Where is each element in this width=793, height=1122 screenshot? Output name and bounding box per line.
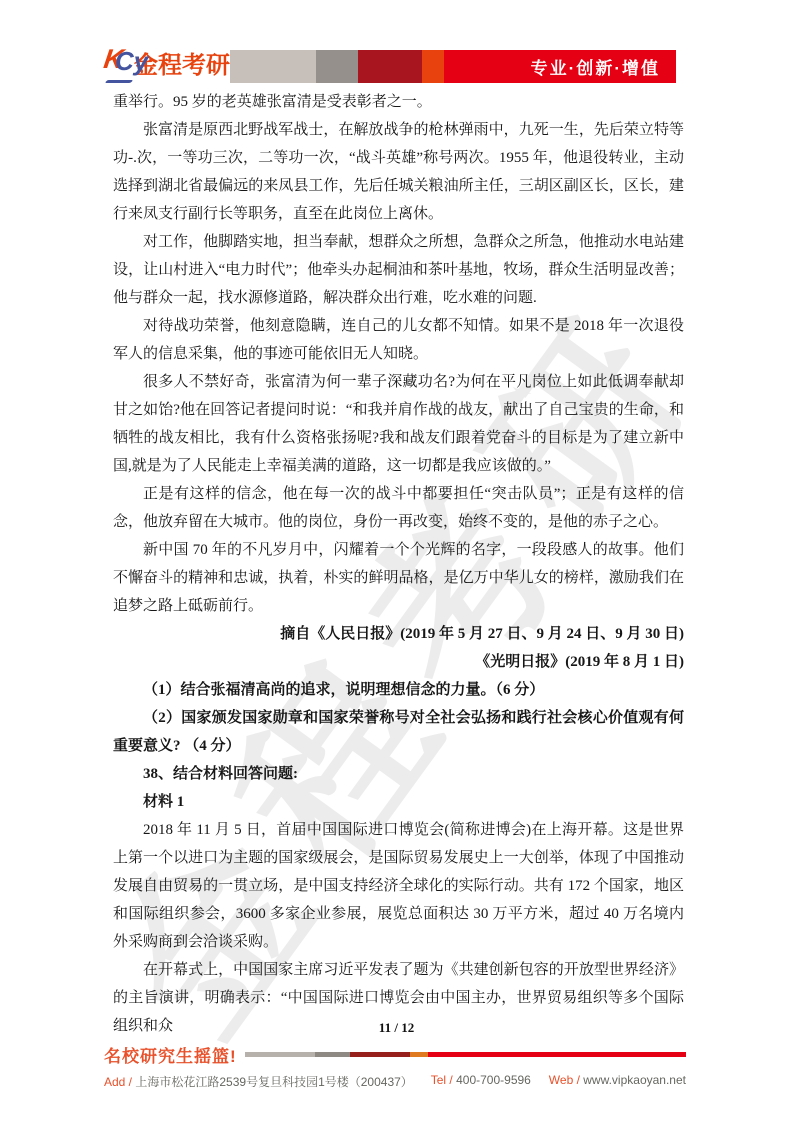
web-label: Web / <box>549 1073 580 1087</box>
address-value: 上海市松花江路2539号复旦科技园1号楼（200437） <box>135 1075 412 1089</box>
question-1: （1）结合张福清高尚的追求，说明理想信念的力量。（6 分） <box>113 676 684 704</box>
header-color-band: 专业·创新·增值 <box>230 50 676 83</box>
footer-band-dark-red <box>350 1052 410 1057</box>
header-slogan: 专业·创新·增值 <box>531 54 660 79</box>
citation-renmin-ribao: 摘自《人民日报》(2019 年 5 月 27 日、9 月 24 日、9 月 30… <box>113 620 684 648</box>
footer-telephone: Tel / 400-700-9596 <box>431 1073 531 1090</box>
page-footer: 名校研究生摇篮! Add / 上海市松花江路2539号复旦科技园1号楼（2004… <box>104 1042 686 1090</box>
tel-label: Tel / <box>431 1073 453 1087</box>
footer-address: Add / 上海市松花江路2539号复旦科技园1号楼（200437） <box>104 1073 413 1090</box>
question-2: （2）国家颁发国家勋章和国家荣誉称号对全社会弘扬和践行社会核心价值观有何重要意义… <box>113 704 684 760</box>
citation-guangming-ribao: 《光明日报》(2019 年 8 月 1 日) <box>113 648 684 676</box>
body-paragraph-3: 对待战功荣誉，他刻意隐瞒，连自己的儿女都不知情。如果不是 2018 年一次退役军… <box>113 312 684 368</box>
footer-band-red <box>428 1052 686 1057</box>
footer-website: Web / www.vipkaoyan.net <box>549 1073 686 1090</box>
footer-color-band <box>245 1052 686 1057</box>
band-segment-dark-gray <box>316 50 358 83</box>
footer-band-orange <box>410 1052 428 1057</box>
body-paragraph-6: 新中国 70 年的不凡岁月中，闪耀着一个个光辉的名字，一段段感人的故事。他们不懈… <box>113 536 684 620</box>
band-segment-light-gray <box>230 50 316 83</box>
body-paragraph-5: 正是有这样的信念，他在每一次的战斗中都要担任“突击队员”；正是有这样的信念，他放… <box>113 480 684 536</box>
logo-letter-cy: Cy <box>115 46 148 77</box>
tel-value: 400-700-9596 <box>456 1073 531 1087</box>
material-1-paragraph-1: 2018 年 11 月 5 日，首届中国国际进口博览会(简称进博会)在上海开幕。… <box>113 816 684 956</box>
footer-band-light-gray <box>245 1052 315 1057</box>
web-value: www.vipkaoyan.net <box>583 1073 686 1087</box>
footer-slogan: 名校研究生摇篮! <box>104 1042 237 1067</box>
body-paragraph-1: 张富清是原西北野战军战士，在解放战争的枪林弹雨中，九死一生，先后荣立特等功-.次… <box>113 116 684 228</box>
document-page: K Cy 金程考研 专业·创新·增值 金程考研 重举行。95 岁的老英雄张富清是… <box>0 0 793 1122</box>
document-body: 重举行。95 岁的老英雄张富清是受表彰者之一。 张富清是原西北野战军战士，在解放… <box>113 88 684 1040</box>
material-1-label: 材料 1 <box>113 788 684 816</box>
question-38-heading: 38、结合材料回答问题: <box>113 760 684 788</box>
logo-swoosh-icon <box>105 80 134 83</box>
band-segment-dark-red <box>358 50 422 83</box>
body-paragraph-2: 对工作，他脚踏实地，担当奉献，想群众之所想，急群众之所急，他推动水电站建设，让山… <box>113 228 684 312</box>
band-segment-orange <box>422 50 444 83</box>
body-paragraph-4: 很多人不禁好奇，张富清为何一辈子深藏功名?为何在平凡岗位上如此低调奉献却甘之如饴… <box>113 368 684 480</box>
body-paragraph-continuation: 重举行。95 岁的老英雄张富清是受表彰者之一。 <box>113 88 684 116</box>
page-header: K Cy 金程考研 专业·创新·增值 <box>104 40 676 92</box>
brand-name: 金程考研 <box>134 54 230 84</box>
address-label: Add / <box>104 1075 132 1089</box>
logo-kcy-icon: K Cy <box>104 44 134 84</box>
page-number: 11 / 12 <box>0 1020 793 1036</box>
brand-logo: K Cy 金程考研 <box>104 44 230 84</box>
footer-band-dark-gray <box>315 1052 350 1057</box>
band-segment-red: 专业·创新·增值 <box>444 50 676 83</box>
